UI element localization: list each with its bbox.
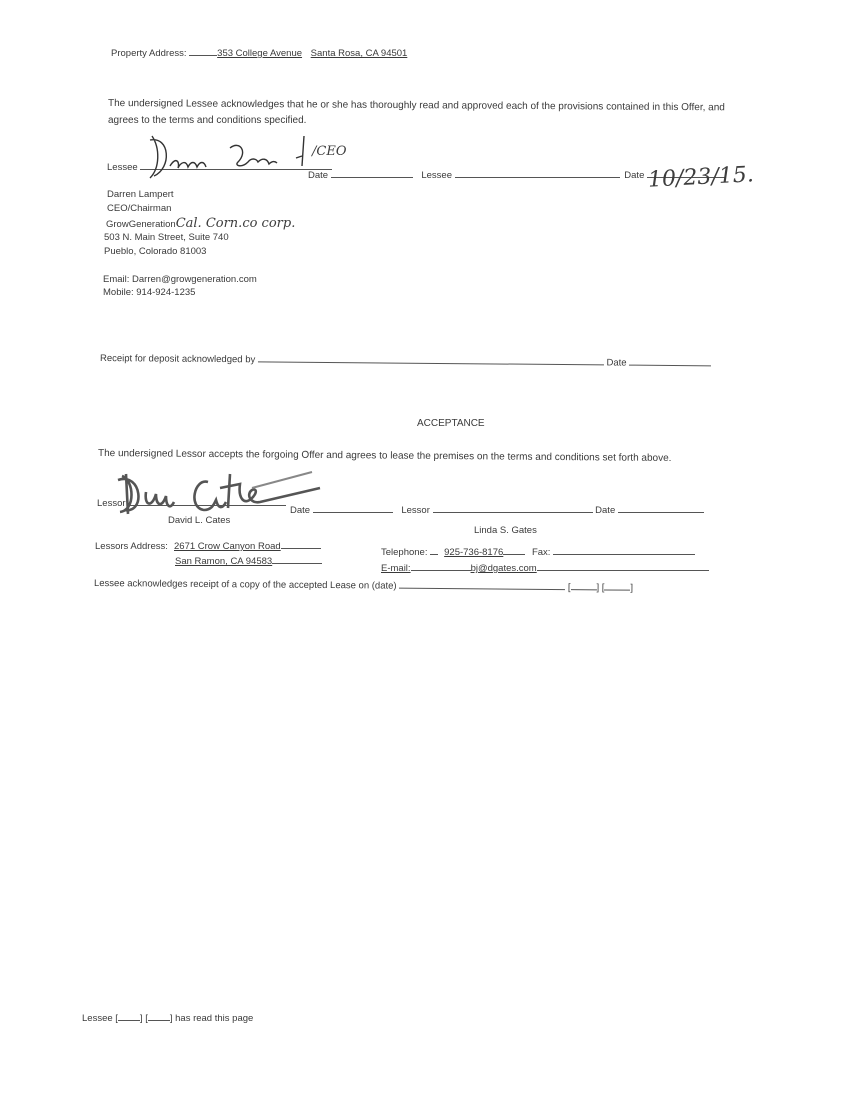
lessee-ack-line1: The undersigned Lessee acknowledges that… [108,98,725,113]
telephone-label: Telephone: [381,547,427,558]
lessee-company-row: GrowGenerationCal. Corn.co corp. [106,216,295,231]
lessee-title: CEO/Chairman [107,203,171,214]
lessee2-signature-field[interactable] [455,177,620,178]
lessor-address1: 2671 Crow Canyon Road [174,541,321,552]
lessee-email: Email: Darren@growgeneration.com [103,274,257,285]
lessee-address2: Pueblo, Colorado 81003 [104,246,206,257]
lessee2-label: Lessee [421,170,452,181]
property-city: Santa Rosa, CA 94501 [311,48,408,59]
lessee-mobile: Mobile: 914-924-1235 [103,287,195,298]
property-street: 353 College Avenue [217,48,302,59]
acceptance-text: The undersigned Lessor accepts the forgo… [98,448,672,464]
receipt-date-field[interactable] [399,588,565,590]
lessor2-date-field[interactable] [618,512,704,513]
footer-initial-field-1[interactable] [118,1020,140,1021]
property-address: Property Address: 353 College Avenue San… [111,48,407,59]
initial-field-2[interactable] [604,589,630,590]
lessor2-date-label: Date [595,505,615,516]
receipt-copy-row: Lessee acknowledges receipt of a copy of… [94,578,633,594]
email-value: bj@dgates.com [471,563,537,574]
fax-field[interactable] [553,554,695,555]
lessor-signature-icon [112,470,322,518]
email-label: E-mail: [381,563,411,574]
property-address-label: Property Address: [111,48,187,59]
lessor2-name: Linda S. Gates [474,525,537,536]
lessor2-label: Lessor [401,505,430,516]
lessor1-name: David L. Cates [168,515,230,526]
lessor-date-row: Date Lessor Date [290,505,704,516]
lessee-ack-line2: agrees to the terms and conditions speci… [108,115,306,126]
initial-field-1[interactable] [571,589,597,590]
deposit-label: Receipt for deposit acknowledged by [100,353,255,365]
telephone-row: Telephone: 925-736-8176 Fax: [381,547,695,558]
lessee-address1: 503 N. Main Street, Suite 740 [104,232,229,243]
deposit-date-field[interactable] [629,365,711,367]
footer-initials: Lessee [] [] has read this page [82,1013,253,1024]
footer-read-text: has read this page [175,1013,253,1024]
lessee-name: Darren Lampert [107,189,174,200]
email-row: E-mail:bj@dgates.com [381,563,709,574]
fax-label: Fax: [532,547,550,558]
lessor-date-field[interactable] [313,512,393,513]
lessor2-signature-field[interactable] [433,512,593,513]
lessee-company-handwritten: Cal. Corn.co corp. [176,216,296,231]
acceptance-heading: ACCEPTANCE [417,418,485,429]
deposit-signature-field[interactable] [258,361,604,365]
deposit-date-label: Date [606,357,626,368]
handwritten-date: 10/23/15. [647,162,754,193]
signature-annotation: /CEO [312,144,346,159]
footer-initial-field-2[interactable] [148,1020,170,1021]
lessor-address-label: Lessors Address: [95,541,168,552]
lessee-company: GrowGeneration [106,219,176,230]
lessor-address2: San Ramon, CA 94583 [175,556,322,567]
lessee-label: Lessee [107,162,138,173]
footer-lessee-label: Lessee [82,1013,113,1024]
telephone-value: 925-736-8176 [444,547,503,558]
receipt-copy-text: Lessee acknowledges receipt of a copy of… [94,578,397,592]
blank-line [189,55,217,56]
date2-label: Date [624,170,644,181]
deposit-receipt-row: Receipt for deposit acknowledged by Date [100,353,711,369]
